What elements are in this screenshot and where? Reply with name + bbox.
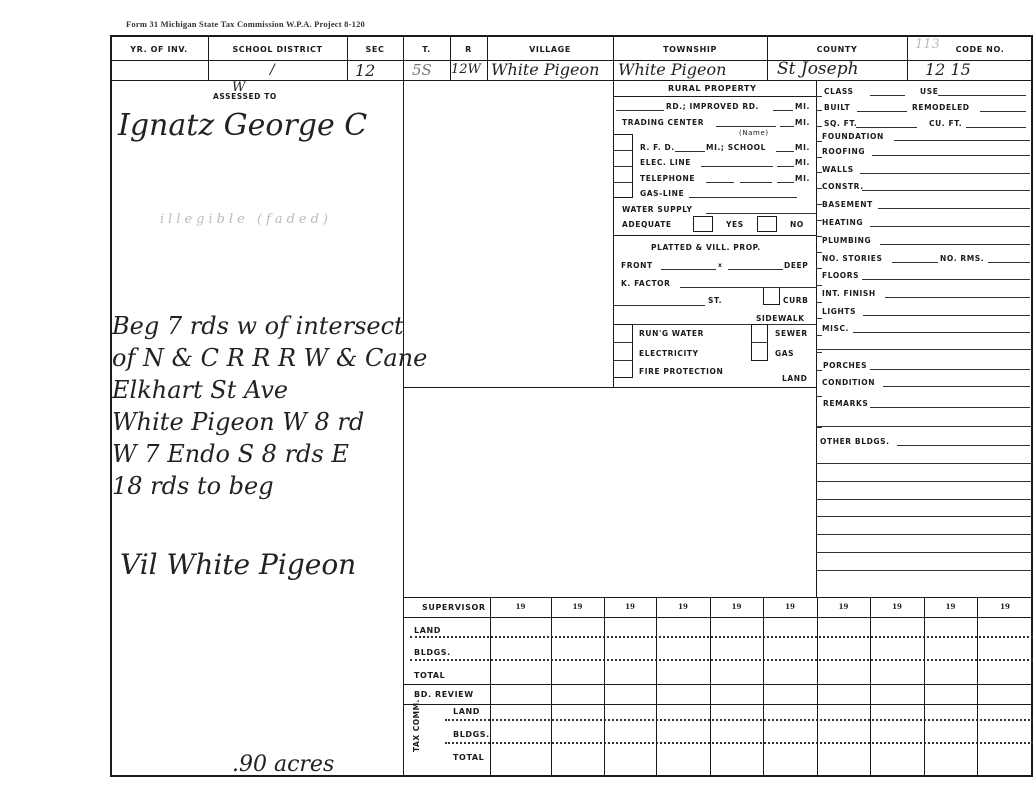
gas-line-label: GAS-LINE (640, 189, 684, 198)
form-frame (110, 35, 1033, 777)
checkbox-divider (613, 150, 633, 151)
school-label: MI.; SCHOOL (706, 143, 766, 152)
year-header[interactable]: 19 (763, 602, 817, 611)
other-bldgs-field[interactable] (897, 445, 1030, 446)
description-line[interactable]: 18 rds to beg (112, 472, 274, 500)
roofing-field[interactable] (872, 155, 1030, 156)
header-yr-of-inv: YR. OF INV. (110, 45, 208, 54)
year-header[interactable]: 19 (710, 602, 763, 611)
col-divider (208, 35, 209, 80)
valuation-label-divider (490, 597, 491, 777)
col-divider (907, 35, 908, 80)
tick-mark (816, 427, 822, 428)
misc-field[interactable] (853, 332, 1030, 333)
value-township[interactable]: White Pigeon (618, 60, 726, 79)
no-rms-field[interactable] (988, 262, 1030, 263)
field-line (773, 110, 793, 111)
valuation-top (403, 597, 1033, 598)
field-line (706, 182, 734, 183)
field-line (675, 151, 705, 152)
field-line (740, 182, 772, 183)
col-divider (613, 35, 614, 80)
rural-bottom (613, 235, 816, 236)
curb-label: CURB (783, 296, 809, 305)
land-dots (410, 636, 1033, 638)
field-line (776, 151, 794, 152)
plumbing-field[interactable] (880, 244, 1030, 245)
lights-field[interactable] (863, 315, 1030, 316)
location[interactable]: Vil White Pigeon (120, 548, 356, 581)
field-line (706, 213, 816, 214)
value-r[interactable]: 12W (451, 62, 481, 77)
acreage[interactable]: .90 acres (232, 752, 334, 777)
bldgs-dots (410, 659, 1033, 661)
rfd-label: R. F. D. (640, 143, 675, 152)
checkbox-divider (613, 342, 633, 343)
floors-label: FLOORS (822, 271, 859, 280)
building-ruled-line (816, 481, 1033, 482)
running-water-label: RUN'G WATER (639, 329, 704, 338)
checkbox-divider (613, 182, 633, 183)
elec-line-label: ELEC. LINE (640, 158, 691, 167)
building-ruled-line (816, 349, 1033, 350)
valuation-total-bottom (403, 684, 1033, 685)
deep-label: DEEP (784, 261, 808, 270)
building-ruled-line (816, 426, 1033, 427)
no-rms-label: NO. RMS. (940, 254, 984, 263)
no-label: NO (790, 220, 804, 229)
k-factor-field (680, 287, 816, 288)
porches-label: PORCHES (823, 361, 867, 370)
remarks-label: REMARKS (823, 399, 868, 408)
supervisor-label: SUPERVISOR (422, 603, 486, 612)
col-divider (767, 35, 768, 80)
other-bldgs-label: OTHER BLDGS. (820, 437, 890, 446)
telephone-label: TELEPHONE (640, 174, 695, 183)
year-column-divider (710, 597, 711, 777)
tick-mark (816, 110, 822, 111)
cu-ft-field[interactable] (966, 127, 1026, 128)
x-label: x (718, 262, 722, 269)
tick-mark (816, 220, 822, 221)
heating-field[interactable] (870, 226, 1030, 227)
assessed-column-divider (403, 80, 404, 777)
int-finish-label: INT. FINISH (822, 289, 876, 298)
tc-land-dots (445, 719, 1033, 721)
value-county[interactable]: St Joseph (777, 59, 859, 79)
utilities-top (613, 324, 816, 325)
supervisor-bldgs-label: BLDGS. (414, 648, 451, 657)
use-field[interactable] (938, 95, 1026, 96)
header-r: R (450, 45, 487, 54)
trading-center-label: TRADING CENTER (622, 118, 704, 127)
year-header[interactable]: 19 (656, 602, 710, 611)
tc-bldgs-label: BLDGS. (453, 730, 490, 739)
walls-field[interactable] (860, 173, 1030, 174)
tc-total-label: TOTAL (453, 753, 484, 762)
condition-field[interactable] (883, 386, 1030, 387)
checkbox-divider (613, 360, 633, 361)
header-code-no: CODE NO. (950, 45, 1010, 54)
form-title: Form 31 Michigan State Tax Commission W.… (126, 19, 365, 29)
value-code-no[interactable]: 12 15 (925, 60, 971, 79)
sq-ft-label: SQ. FT. (824, 119, 857, 128)
front-field (661, 269, 716, 270)
checkbox-divider (613, 166, 633, 167)
tick-mark (816, 352, 822, 353)
mi-label: MI. (795, 118, 810, 127)
no-stories-field[interactable] (892, 262, 938, 263)
electricity-label: ELECTRICITY (639, 349, 699, 358)
walls-label: WALLS (822, 165, 854, 174)
tick-mark (816, 157, 822, 158)
year-column-divider (656, 597, 657, 777)
header-township: TOWNSHIP (613, 45, 767, 54)
description-line[interactable]: Elkhart St Ave (112, 376, 288, 404)
tick-mark (816, 252, 822, 253)
field-line (780, 126, 794, 127)
gas-label: GAS (775, 349, 794, 358)
tick-mark (816, 204, 822, 205)
plumbing-label: PLUMBING (822, 236, 871, 245)
field-line (777, 166, 794, 167)
header-sec: SEC (347, 45, 403, 54)
field-line (701, 166, 773, 167)
lights-label: LIGHTS (822, 307, 856, 316)
cu-ft-label: CU. FT. (929, 119, 962, 128)
field-line (689, 197, 797, 198)
rural-property-title: RURAL PROPERTY (668, 84, 757, 93)
foundation-label: FOUNDATION (822, 132, 884, 141)
building-ruled-line (816, 552, 1033, 553)
building-ruled-line (816, 570, 1033, 571)
tc-bldgs-dots (445, 742, 1033, 744)
tick-mark (816, 370, 822, 371)
sidewalk-label: SIDEWALK (756, 314, 805, 323)
year-header[interactable]: 19 (870, 602, 924, 611)
no-stories-label: NO. STORIES (822, 254, 883, 263)
improved-rd-label: RD.; IMPROVED RD. (666, 102, 759, 111)
property-bottom (403, 387, 816, 388)
condition-label: CONDITION (822, 378, 875, 387)
description-line[interactable]: White Pigeon W 8 rd (112, 408, 364, 436)
adequate-yes-checkbox[interactable] (693, 216, 713, 232)
bd-review-label: BD. REVIEW (414, 690, 474, 699)
tick-mark (816, 318, 822, 319)
valuation-review-bottom (403, 704, 1033, 705)
col-divider (347, 35, 348, 80)
platted-title: PLATTED & VILL. PROP. (651, 243, 761, 252)
utility-checkbox-group (613, 324, 633, 378)
header-bottom (110, 80, 1033, 81)
year-column-divider (604, 597, 605, 777)
building-ruled-line (816, 499, 1033, 500)
tick-mark (816, 302, 822, 303)
deep-field (728, 269, 783, 270)
tick-mark (816, 126, 822, 127)
basement-label: BASEMENT (822, 200, 873, 209)
year-header[interactable]: 19 (977, 602, 1033, 611)
class-label: CLASS (824, 87, 854, 96)
front-label: FRONT (621, 261, 653, 270)
class-field[interactable] (870, 95, 905, 96)
year-column-divider (763, 597, 764, 777)
foundation-field[interactable] (894, 140, 1030, 141)
st-label: ST. (708, 296, 722, 305)
year-header[interactable]: 19 (924, 602, 977, 611)
tick-mark (816, 188, 822, 189)
value-village[interactable]: White Pigeon (491, 60, 599, 79)
year-column-divider (551, 597, 552, 777)
porches-field[interactable] (870, 369, 1030, 370)
col-divider (403, 35, 404, 80)
k-factor-label: K. FACTOR (621, 279, 671, 288)
year-header[interactable]: 19 (604, 602, 656, 611)
year-column-divider (924, 597, 925, 777)
tick-mark (816, 172, 822, 173)
name-hint: (Name) (739, 129, 769, 137)
value-sec[interactable]: 12 (355, 61, 375, 80)
constr-field[interactable] (862, 190, 1030, 191)
building-ruled-line (816, 463, 1033, 464)
header-village: VILLAGE (487, 45, 613, 54)
tick-mark (816, 96, 822, 97)
heating-label: HEATING (822, 218, 863, 227)
int-finish-field[interactable] (885, 297, 1030, 298)
adequate-label: ADEQUATE (622, 220, 672, 229)
tick-mark (816, 141, 822, 142)
header-t: T. (403, 45, 450, 54)
tick-mark (816, 396, 822, 397)
valuation-year-row-bottom (403, 617, 1033, 618)
tc-land-label: LAND (453, 707, 480, 716)
assessed-name[interactable]: Ignatz George C (118, 108, 367, 143)
water-supply-label: WATER SUPPLY (622, 205, 693, 214)
year-column-divider (977, 597, 978, 777)
building-ruled-line (816, 516, 1033, 517)
built-field[interactable] (857, 111, 907, 112)
field-line (777, 182, 794, 183)
year-column-divider (817, 597, 818, 777)
mi-label: MI. (795, 158, 810, 167)
description-line[interactable]: W 7 Endo S 8 rds E (112, 440, 349, 468)
description-line[interactable]: of N & C R R R W & Cane (112, 344, 427, 372)
tick-mark (816, 285, 822, 286)
year-header[interactable]: 19 (817, 602, 870, 611)
field-line (716, 126, 776, 127)
misc-label: MISC. (822, 324, 849, 333)
fire-protection-label: FIRE PROTECTION (639, 367, 723, 376)
header-school-district: SCHOOL DISTRICT (208, 45, 347, 54)
constr-label: CONSTR. (822, 182, 864, 191)
basement-field[interactable] (878, 208, 1030, 209)
supervisor-land-label: LAND (414, 626, 441, 635)
remodeled-label: REMODELED (912, 103, 970, 112)
assessed-faint-line: illegible (faded) (160, 212, 332, 227)
col-divider (487, 35, 488, 80)
value-t[interactable]: 5S (412, 61, 432, 79)
code-prefix-faint: 113 (915, 37, 940, 52)
mi-label: MI. (795, 143, 810, 152)
checkbox-divider (751, 342, 768, 343)
header-county: COUNTY (767, 45, 907, 54)
street-field (613, 305, 705, 306)
assessed-mark: W (232, 80, 245, 95)
mi-label: MI. (795, 174, 810, 183)
adequate-no-checkbox[interactable] (757, 216, 777, 232)
yes-label: YES (726, 220, 744, 229)
mi-label: MI. (795, 102, 810, 111)
tick-mark (816, 335, 822, 336)
sewer-label: SEWER (775, 329, 808, 338)
tick-mark (816, 268, 822, 269)
year-header[interactable]: 19 (551, 602, 604, 611)
field-line (616, 110, 664, 111)
sq-ft-field[interactable] (856, 127, 917, 128)
year-header[interactable]: 19 (490, 602, 551, 611)
building-ruled-line (816, 534, 1033, 535)
use-label: USE (920, 87, 938, 96)
tax-comm-label: TAX COMM. (412, 699, 421, 752)
description-line[interactable]: Beg 7 rds w of intersect (112, 312, 404, 340)
floors-field[interactable] (862, 279, 1030, 280)
land-label: LAND (782, 374, 808, 383)
value-school-district[interactable]: / (270, 62, 275, 78)
built-label: BUILT (824, 103, 850, 112)
supervisor-total-label: TOTAL (414, 671, 445, 680)
remodeled-field[interactable] (980, 111, 1026, 112)
remarks-field[interactable] (870, 407, 1030, 408)
roofing-label: ROOFING (822, 147, 865, 156)
tick-mark (816, 236, 822, 237)
curb-checkbox[interactable] (763, 287, 780, 305)
rural-title-divider (613, 96, 816, 97)
year-column-divider (870, 597, 871, 777)
